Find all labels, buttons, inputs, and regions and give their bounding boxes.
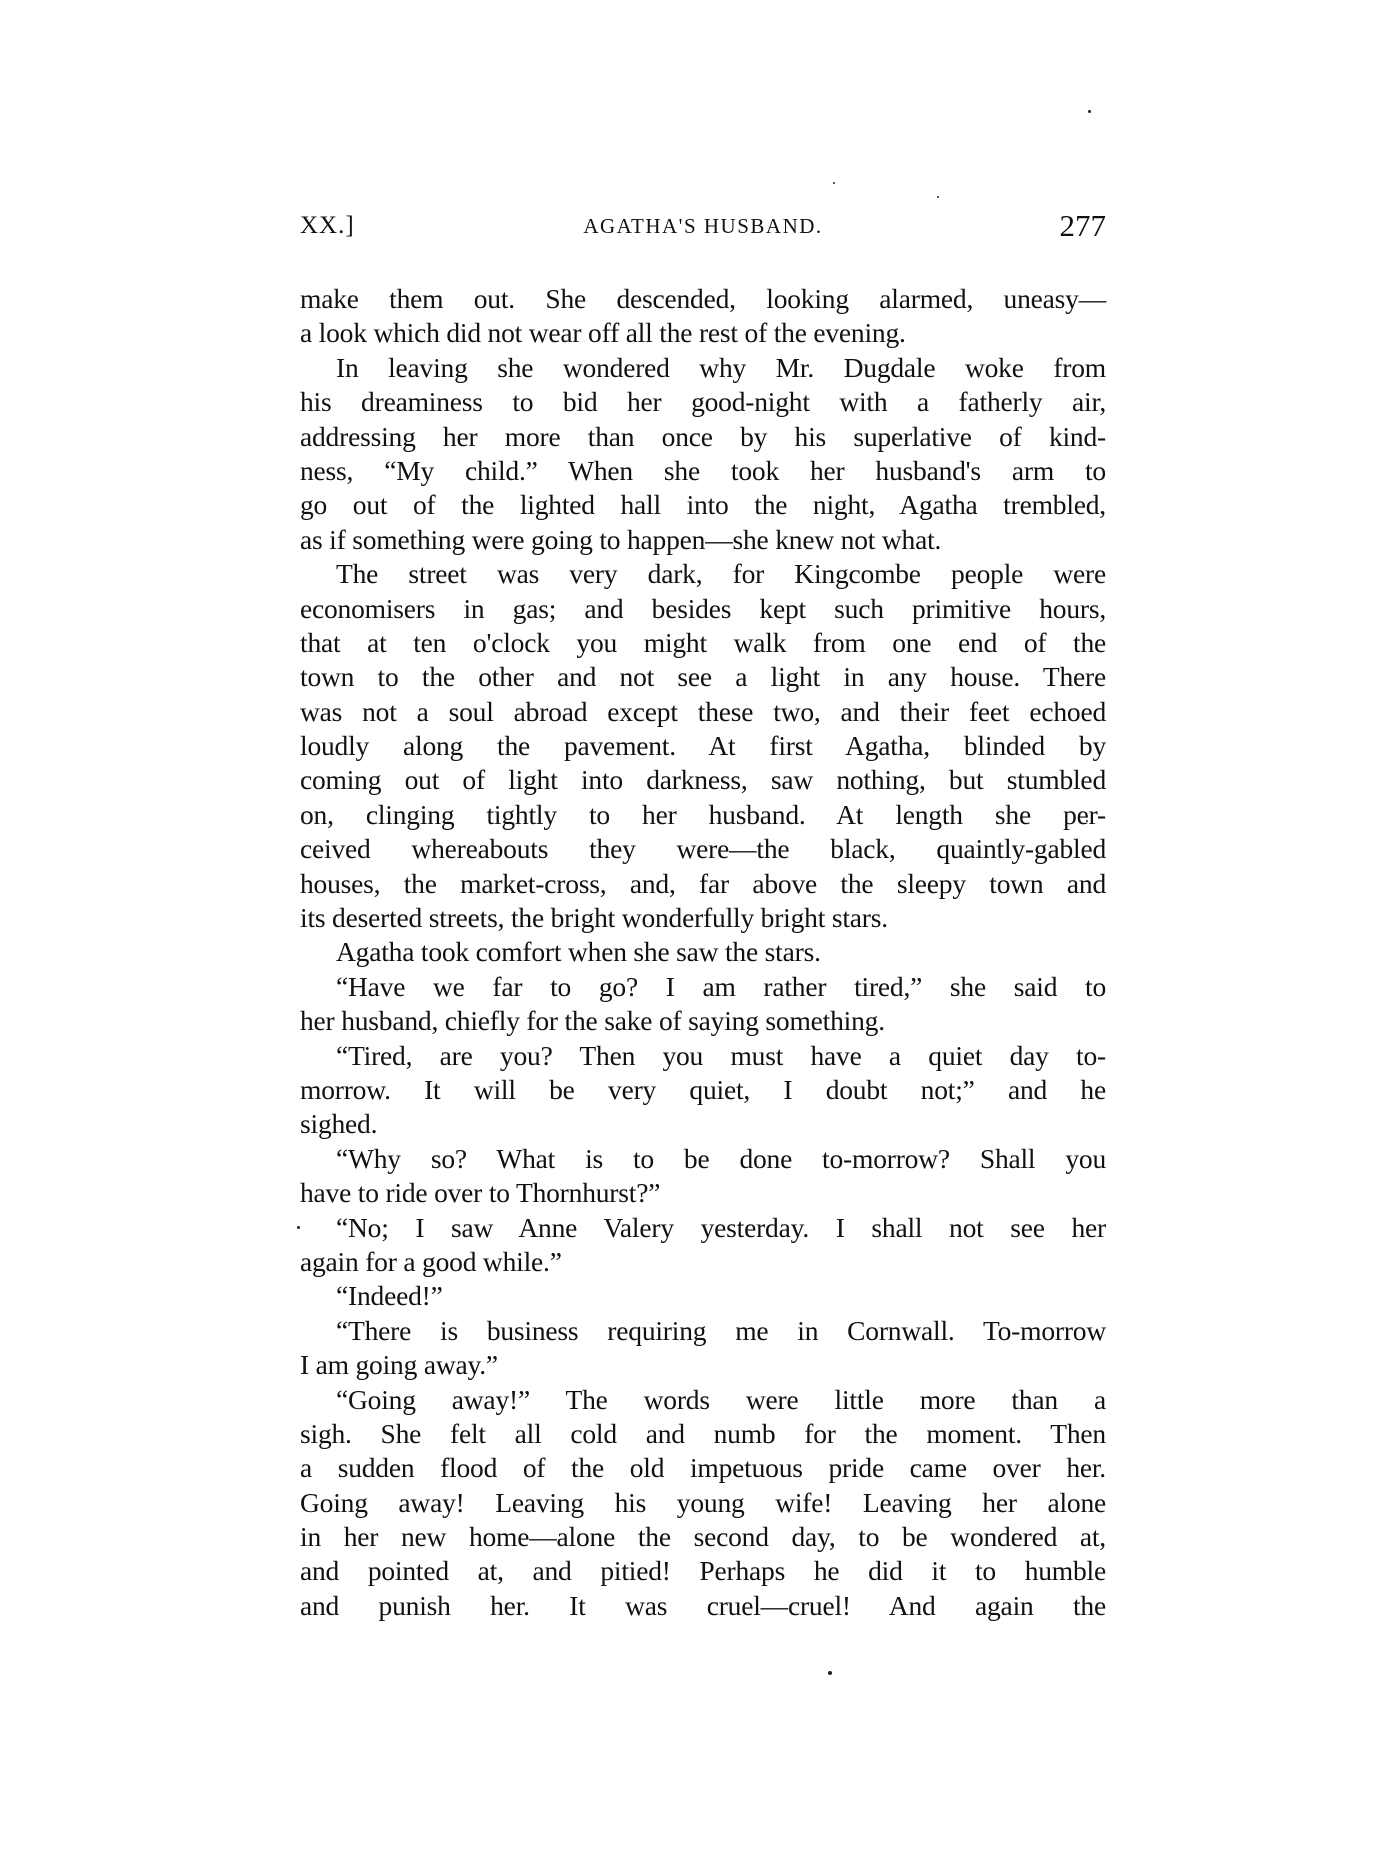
text-line: on, clinging tightly to her husband. At … bbox=[300, 798, 1106, 832]
text-line: coming out of light into darkness, saw n… bbox=[300, 763, 1106, 797]
text-line: a sudden flood of the old impetuous prid… bbox=[300, 1451, 1106, 1485]
text-line: Agatha took comfort when she saw the sta… bbox=[300, 935, 1106, 969]
text-line: sigh. She felt all cold and numb for the… bbox=[300, 1417, 1106, 1451]
text-line: as if something were going to happen—she… bbox=[300, 523, 1106, 557]
text-line: again for a good while.” bbox=[300, 1245, 1106, 1279]
text-line: and pointed at, and pitied! Perhaps he d… bbox=[300, 1554, 1106, 1588]
text-line: ceived whereabouts they were—the black, … bbox=[300, 832, 1106, 866]
body-text: make them out. She descended, looking al… bbox=[300, 282, 1106, 1623]
text-line: “Going away!” The words were little more… bbox=[300, 1383, 1106, 1417]
text-line: “Why so? What is to be done to-morrow? S… bbox=[300, 1142, 1106, 1176]
text-line: sighed. bbox=[300, 1107, 1106, 1141]
text-line: “Tired, are you? Then you must have a qu… bbox=[300, 1039, 1106, 1073]
text-line: “There is business requiring me in Cornw… bbox=[300, 1314, 1106, 1348]
scan-speck bbox=[1088, 110, 1091, 113]
book-title: AGATHA'S HUSBAND. bbox=[300, 214, 1106, 239]
text-line: a look which did not wear off all the re… bbox=[300, 316, 1106, 350]
text-line: that at ten o'clock you might walk from … bbox=[300, 626, 1106, 660]
text-line: addressing her more than once by his sup… bbox=[300, 420, 1106, 454]
text-line: was not a soul abroad except these two, … bbox=[300, 695, 1106, 729]
text-line: town to the other and not see a light in… bbox=[300, 660, 1106, 694]
text-line: have to ride over to Thornhurst?” bbox=[300, 1176, 1106, 1210]
text-line: and punish her. It was cruel—cruel! And … bbox=[300, 1589, 1106, 1623]
text-line: economisers in gas; and besides kept suc… bbox=[300, 592, 1106, 626]
scan-speck bbox=[937, 196, 939, 198]
text-line: make them out. She descended, looking al… bbox=[300, 282, 1106, 316]
text-line: I am going away.” bbox=[300, 1348, 1106, 1382]
page-number: 277 bbox=[1060, 208, 1107, 244]
text-line: in her new home—alone the second day, to… bbox=[300, 1520, 1106, 1554]
running-head: XX.] AGATHA'S HUSBAND. 277 bbox=[300, 212, 1106, 252]
text-line: The street was very dark, for Kingcombe … bbox=[300, 557, 1106, 591]
text-line: its deserted streets, the bright wonderf… bbox=[300, 901, 1106, 935]
text-line: “Have we far to go? I am rather tired,” … bbox=[300, 970, 1106, 1004]
text-line: houses, the market-cross, and, far above… bbox=[300, 867, 1106, 901]
text-line: “No; I saw Anne Valery yesterday. I shal… bbox=[300, 1211, 1106, 1245]
text-line: “Indeed!” bbox=[300, 1279, 1106, 1313]
scan-speck bbox=[828, 1671, 832, 1675]
text-line: her husband, chiefly for the sake of say… bbox=[300, 1004, 1106, 1038]
text-line: Going away! Leaving his young wife! Leav… bbox=[300, 1486, 1106, 1520]
text-line: go out of the lighted hall into the nigh… bbox=[300, 488, 1106, 522]
text-line: his dreaminess to bid her good-night wit… bbox=[300, 385, 1106, 419]
text-line: In leaving she wondered why Mr. Dugdale … bbox=[300, 351, 1106, 385]
text-line: morrow. It will be very quiet, I doubt n… bbox=[300, 1073, 1106, 1107]
scan-speck bbox=[833, 182, 835, 184]
text-line: ness, “My child.” When she took her husb… bbox=[300, 454, 1106, 488]
text-line: loudly along the pavement. At first Agat… bbox=[300, 729, 1106, 763]
